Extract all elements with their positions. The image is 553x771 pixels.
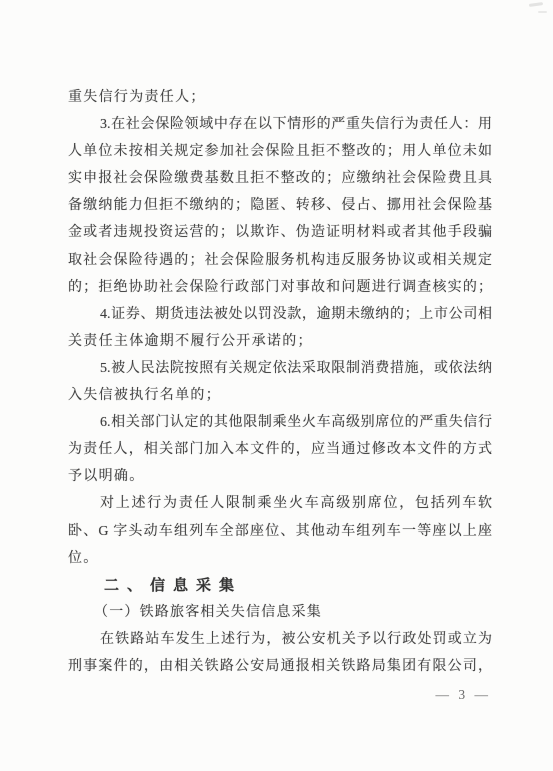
scanned-document-page: 重失信行为责任人；3.在社会保险领域中存在以下情形的严重失信行为责任人：用人单位… — [0, 0, 553, 771]
document-body: 重失信行为责任人；3.在社会保险领域中存在以下情形的严重失信行为责任人：用人单位… — [68, 84, 492, 680]
document-text-line: 位。 — [68, 545, 492, 572]
scan-artifact — [529, 2, 543, 7]
document-text-line: 入失信被执行名单的； — [68, 382, 492, 409]
document-text-line: 关责任主体逾期不履行公开承诺的； — [68, 328, 492, 355]
document-text-line: 为责任人，相关部门加入本文件的，应当通过修改本文件的方式 — [68, 436, 492, 463]
document-text-line: 取社会保险待遇的；社会保险服务机构违反服务协议或相关规定 — [68, 247, 492, 274]
document-text-line: 的；拒绝协助社会保险行政部门对事故和问题进行调查核实的； — [68, 274, 492, 301]
page-number: — 3 — — [436, 681, 492, 708]
document-text-line: 对上述行为责任人限制乘坐火车高级别席位，包括列车软 — [68, 490, 492, 517]
document-text-line: 3.在社会保险领域中存在以下情形的严重失信行为责任人：用 — [68, 111, 492, 138]
document-text-line: 重失信行为责任人； — [68, 84, 492, 111]
document-text-line: 备缴纳能力但拒不缴纳的；隐匿、转移、侵占、挪用社会保险基 — [68, 192, 492, 219]
section-heading: 二、信息采集 — [68, 572, 492, 599]
document-text-line: 金或者违规投资运营的；以欺诈、伪造证明材料或者其他手段骗 — [68, 219, 492, 246]
document-text-line: 予以明确。 — [68, 463, 492, 490]
document-text-line: 在铁路站车发生上述行为，被公安机关予以行政处罚或立为 — [68, 626, 492, 653]
document-text-line: 5.被人民法院按照有关规定依法采取限制消费措施，或依法纳 — [68, 355, 492, 382]
document-text-line: 4.证券、期货违法被处以罚没款，逾期未缴纳的；上市公司相 — [68, 301, 492, 328]
document-text-line: 6.相关部门认定的其他限制乘坐火车高级别席位的严重失信行 — [68, 409, 492, 436]
document-text-line: 卧、G 字头动车组列车全部座位、其他动车组列车一等座以上座 — [68, 518, 492, 545]
document-text-line: 实申报社会保险缴费基数且拒不整改的；应缴纳社会保险费且具 — [68, 165, 492, 192]
document-text-line: 人单位未按相关规定参加社会保险且拒不整改的；用人单位未如 — [68, 138, 492, 165]
document-text-line: 刑事案件的，由相关铁路公安局通报相关铁路局集团有限公司， — [68, 653, 492, 680]
subsection-heading: （一）铁路旅客相关失信信息采集 — [68, 599, 492, 626]
scan-artifact — [538, 11, 547, 13]
